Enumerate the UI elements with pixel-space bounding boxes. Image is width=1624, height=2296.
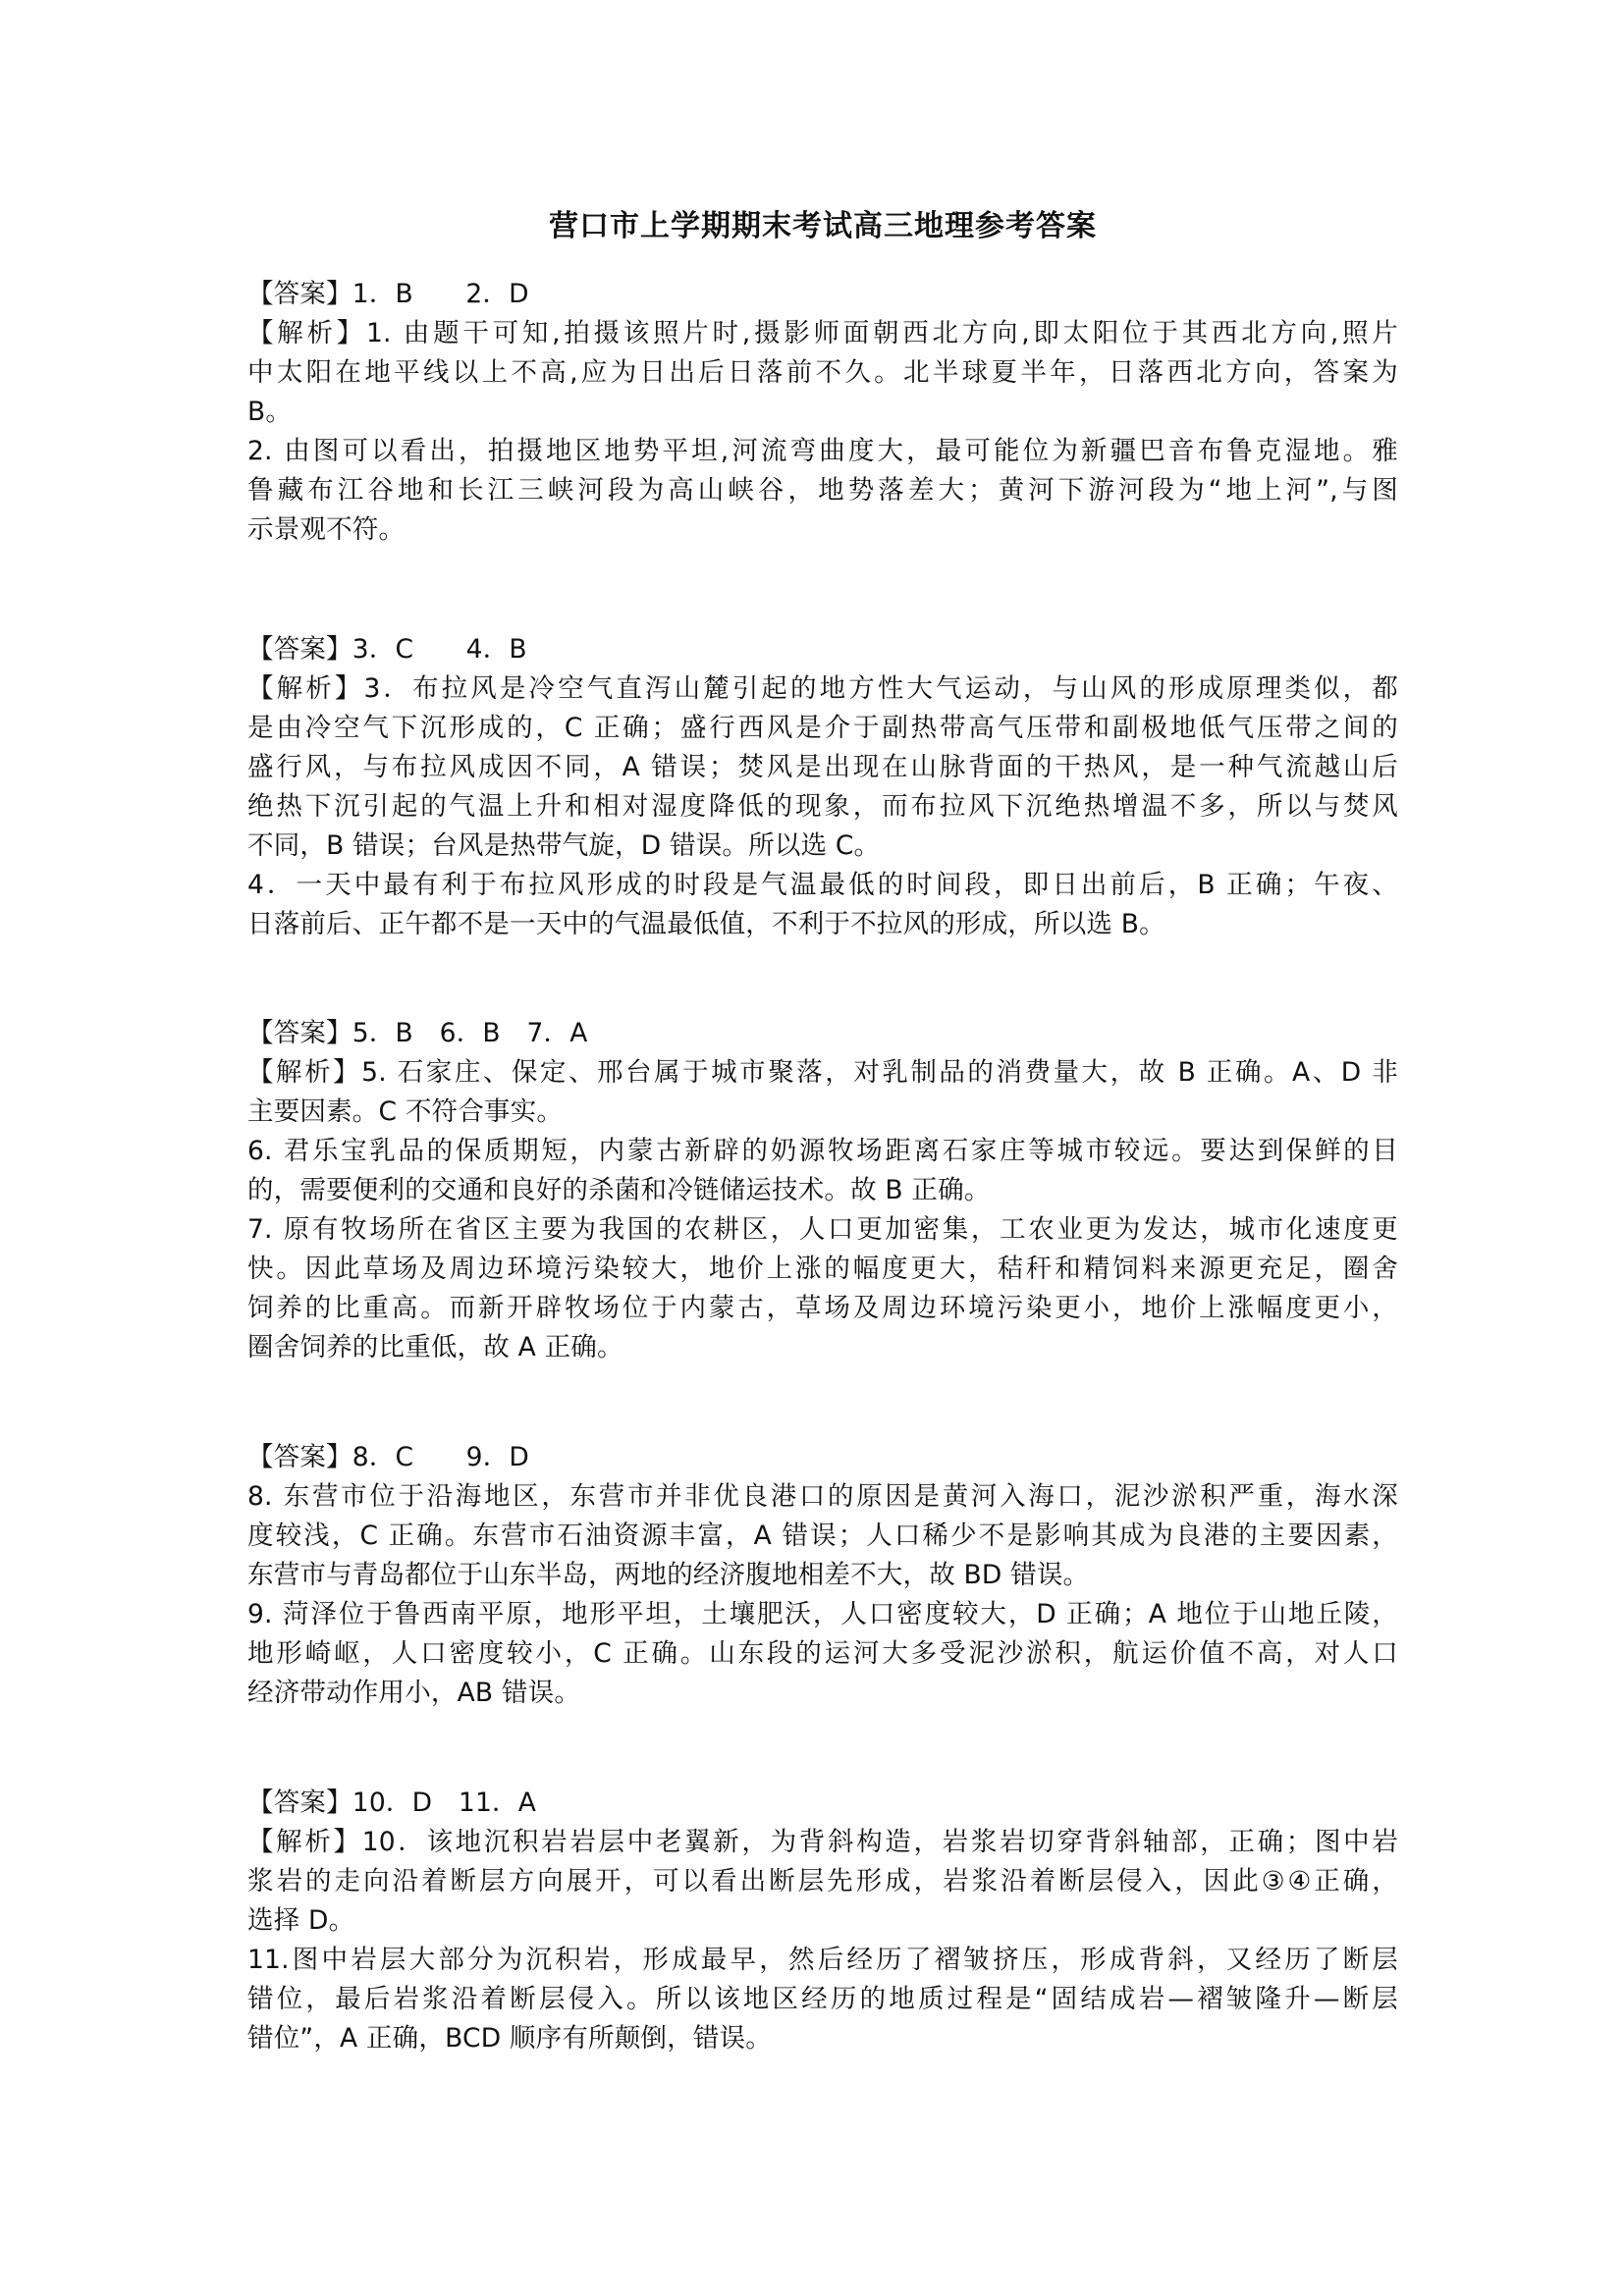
analysis-line: 盛行风，与布拉风成因不同，A 错误；焚风是出现在山脉背面的干热风，是一种气流越山… bbox=[247, 748, 1398, 787]
section-q3-4: 【答案】3．C 4．B 【解析】3．布拉风是冷空气直泻山麓引起的地方性大气运动，… bbox=[247, 630, 1398, 944]
analysis-line: 圈舍饲养的比重低，故 A 正确。 bbox=[247, 1328, 1398, 1367]
analysis-line: 11.图中岩层大部分为沉积岩，形成最早，然后经历了褶皱挤压，形成背斜，又经历了断… bbox=[247, 1941, 1398, 1980]
analysis-line: 6. 君乐宝乳品的保质期短，内蒙古新辟的奶源牧场距离石家庄等城市较远。要达到保鲜… bbox=[247, 1132, 1398, 1171]
analysis-line: 2. 由图可以看出，拍摄地区地势平坦,河流弯曲度大，最可能位为新疆巴音布鲁克湿地… bbox=[247, 432, 1398, 471]
analysis-line: B。 bbox=[247, 393, 1398, 432]
analysis-line: 示景观不符。 bbox=[247, 510, 1398, 550]
analysis-line: 东营市与青岛都位于山东半岛，两地的经济腹地相差不大，故 BD 错误。 bbox=[247, 1556, 1398, 1595]
analysis-line: 度较浅，C 正确。东营市石油资源丰富，A 错误；人口稀少不是影响其成为良港的主要… bbox=[247, 1517, 1398, 1556]
analysis-line: 错位，最后岩浆沿着断层侵入。所以该地区经历的地质过程是“固结成岩—褶皱隆升—断层 bbox=[247, 1980, 1398, 2019]
answer-line: 【答案】5．B 6．B 7．A bbox=[247, 1014, 1398, 1053]
answer-line: 【答案】3．C 4．B bbox=[247, 630, 1398, 669]
analysis-line: 的，需要便利的交通和良好的杀菌和冷链储运技术。故 B 正确。 bbox=[247, 1171, 1398, 1210]
analysis-line: 快。因此草场及周边环境污染较大，地价上涨的幅度更大，秸秆和精饲料来源更充足，圈舍 bbox=[247, 1250, 1398, 1289]
answer-line: 【答案】10．D 11．A bbox=[247, 1784, 1398, 1823]
answer-line: 【答案】8．C 9．D bbox=[247, 1438, 1398, 1477]
analysis-line: 地形崎岖，人口密度较小，C 正确。山东段的运河大多受泥沙淤积，航运价值不高，对人… bbox=[247, 1634, 1398, 1674]
analysis-line: 浆岩的走向沿着断层方向展开，可以看出断层先形成，岩浆沿着断层侵入，因此③④正确， bbox=[247, 1862, 1398, 1901]
analysis-line: 经济带动作用小，AB 错误。 bbox=[247, 1674, 1398, 1713]
analysis-line: 7. 原有牧场所在省区主要为我国的农耕区，人口更加密集，工农业更为发达，城市化速… bbox=[247, 1210, 1398, 1250]
analysis-line: 不同，B 错误；台风是热带气旋，D 错误。所以选 C。 bbox=[247, 827, 1398, 866]
answer-line: 【答案】1．B 2．D bbox=[247, 275, 1398, 314]
section-q8-9: 【答案】8．C 9．D 8. 东营市位于沿海地区，东营市并非优良港口的原因是黄河… bbox=[247, 1438, 1398, 1713]
analysis-line: 饲养的比重高。而新开辟牧场位于内蒙古，草场及周边环境污染更小，地价上涨幅度更小， bbox=[247, 1289, 1398, 1328]
analysis-line: 错位”，A 正确，BCD 顺序有所颠倒，错误。 bbox=[247, 2019, 1398, 2058]
analysis-line: 鲁藏布江谷地和长江三峡河段为高山峡谷，地势落差大；黄河下游河段为“地上河”,与图 bbox=[247, 471, 1398, 510]
section-q1-2: 【答案】1．B 2．D 【解析】1. 由题干可知,拍摄该照片时,摄影师面朝西北方… bbox=[247, 275, 1398, 550]
analysis-line: 选择 D。 bbox=[247, 1901, 1398, 1941]
analysis-line: 绝热下沉引起的气温上升和相对湿度降低的现象，而布拉风下沉绝热增温不多，所以与焚风 bbox=[247, 787, 1398, 827]
analysis-line: 中太阳在地平线以上不高,应为日出后日落前不久。北半球夏半年，日落西北方向，答案为 bbox=[247, 353, 1398, 393]
analysis-line: 是由冷空气下沉形成的，C 正确；盛行西风是介于副热带高气压带和副极地低气压带之间… bbox=[247, 709, 1398, 748]
analysis-line: 4．一天中最有利于布拉风形成的时段是气温最低的时间段，即日出前后，B 正确；午夜… bbox=[247, 866, 1398, 905]
analysis-line: 日落前后、正午都不是一天中的气温最低值，不利于不拉风的形成，所以选 B。 bbox=[247, 905, 1398, 944]
analysis-line: 9. 菏泽位于鲁西南平原，地形平坦，土壤肥沃，人口密度较大，D 正确；A 地位于… bbox=[247, 1595, 1398, 1634]
analysis-line: 主要因素。C 不符合事实。 bbox=[247, 1093, 1398, 1132]
analysis-line: 8. 东营市位于沿海地区，东营市并非优良港口的原因是黄河入海口，泥沙淤积严重，海… bbox=[247, 1477, 1398, 1517]
document-title: 营口市上学期期末考试高三地理参考答案 bbox=[247, 201, 1398, 244]
analysis-line: 【解析】5. 石家庄、保定、邢台属于城市聚落，对乳制品的消费量大，故 B 正确。… bbox=[247, 1053, 1398, 1093]
section-q10-11: 【答案】10．D 11．A 【解析】10．该地沉积岩岩层中老翼新，为背斜构造，岩… bbox=[247, 1784, 1398, 2058]
analysis-line: 【解析】1. 由题干可知,拍摄该照片时,摄影师面朝西北方向,即太阳位于其西北方向… bbox=[247, 314, 1398, 353]
analysis-line: 【解析】10．该地沉积岩岩层中老翼新，为背斜构造，岩浆岩切穿背斜轴部，正确；图中… bbox=[247, 1823, 1398, 1862]
analysis-line: 【解析】3．布拉风是冷空气直泻山麓引起的地方性大气运动，与山风的形成原理类似，都 bbox=[247, 669, 1398, 709]
section-q5-7: 【答案】5．B 6．B 7．A 【解析】5. 石家庄、保定、邢台属于城市聚落，对… bbox=[247, 1014, 1398, 1367]
